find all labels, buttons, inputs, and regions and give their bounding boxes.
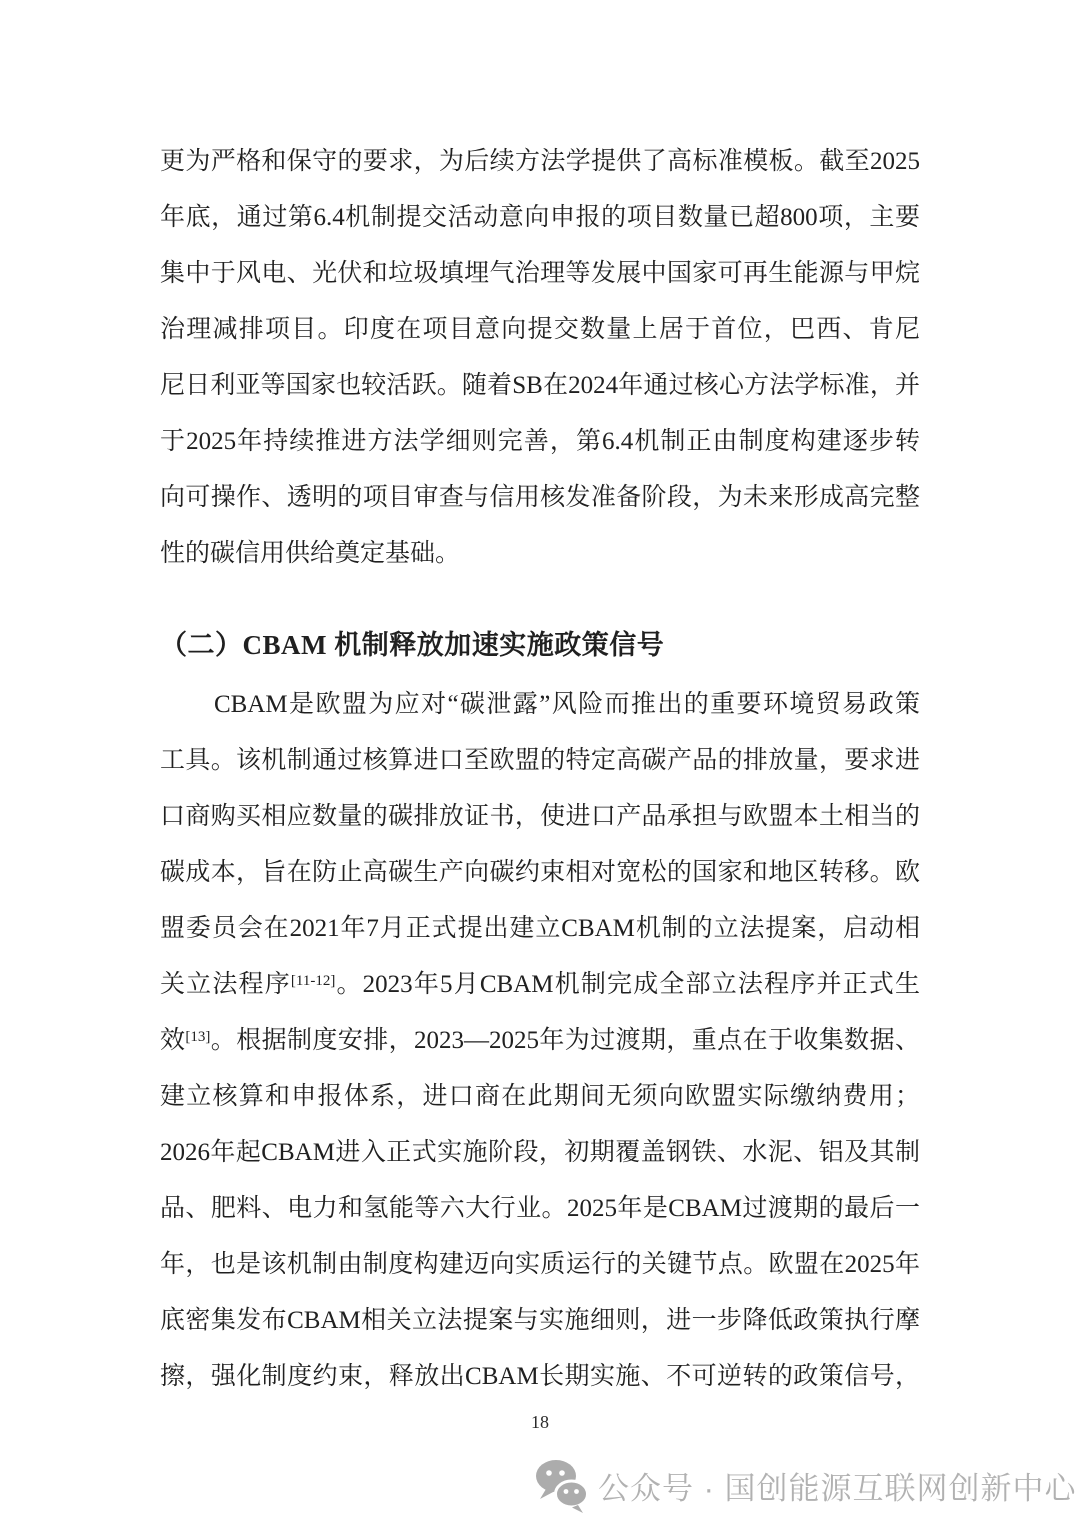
text-line: 尼日利亚等国家也较活跃。随着SB在2024年通过核心方法学标准，并 (160, 358, 920, 414)
text-line: 2026年起CBAM进入正式实施阶段，初期覆盖钢铁、水泥、铝及其制 (160, 1125, 920, 1181)
page-number: 18 (0, 1412, 1080, 1433)
document-page: 更为严格和保守的要求，为后续方法学提供了高标准模板。截至2025 年底，通过第6… (0, 0, 1080, 1527)
document-body: 更为严格和保守的要求，为后续方法学提供了高标准模板。截至2025 年底，通过第6… (160, 134, 920, 1405)
text-line: 碳成本，旨在防止高碳生产向碳约束相对宽松的国家和地区转移。欧 (160, 845, 920, 901)
text-line: CBAM是欧盟为应对“碳泄露”风险而推出的重要环境贸易政策 (160, 677, 920, 733)
text-line-with-citation: 效[13]。根据制度安排，2023—2025年为过渡期，重点在于收集数据、 (160, 1013, 920, 1069)
wechat-watermark: 公众号 · 国创能源互联网创新中心 (535, 1457, 1077, 1513)
text-line: 口商购买相应数量的碳排放证书，使进口产品承担与欧盟本土相当的 (160, 789, 920, 845)
text-line: 集中于风电、光伏和垃圾填埋气治理等发展中国家可再生能源与甲烷 (160, 246, 920, 302)
text-line: 工具。该机制通过核算进口至欧盟的特定高碳产品的排放量，要求进 (160, 733, 920, 789)
text-line: 年底，通过第6.4机制提交活动意向申报的项目数量已超800项，主要 (160, 190, 920, 246)
paragraph-cbam: CBAM是欧盟为应对“碳泄露”风险而推出的重要环境贸易政策 工具。该机制通过核算… (160, 677, 920, 1405)
text-segment: 。2023年5月CBAM机制完成全部立法程序并正式生 (335, 971, 920, 998)
text-line: 擦，强化制度约束，释放出CBAM长期实施、不可逆转的政策信号， (160, 1349, 920, 1405)
text-line: 治理减排项目。印度在项目意向提交数量上居于首位，巴西、肯尼亚、 (160, 302, 920, 358)
text-line: 性的碳信用供给奠定基础。 (160, 526, 920, 582)
watermark-text: 公众号 · 国创能源互联网创新中心 (598, 1463, 1077, 1508)
text-segment: 。根据制度安排，2023—2025年为过渡期，重点在于收集数据、 (210, 1027, 920, 1054)
wechat-icon (535, 1458, 589, 1513)
text-line: 底密集发布CBAM相关立法提案与实施细则，进一步降低政策执行摩 (160, 1293, 920, 1349)
text-line: 品、肥料、电力和氢能等六大行业。2025年是CBAM过渡期的最后一 (160, 1181, 920, 1237)
text-segment: 关立法程序 (160, 971, 291, 998)
text-line: 向可操作、透明的项目审查与信用核发准备阶段，为未来形成高完整 (160, 470, 920, 526)
text-line: 年，也是该机制由制度构建迈向实质运行的关键节点。欧盟在2025年 (160, 1237, 920, 1293)
text-line: 于2025年持续推进方法学细则完善，第6.4机制正由制度构建逐步转 (160, 414, 920, 470)
text-line: 盟委员会在2021年7月正式提出建立CBAM机制的立法提案，启动相 (160, 901, 920, 957)
text-line-with-citation: 关立法程序[11-12]。2023年5月CBAM机制完成全部立法程序并正式生 (160, 957, 920, 1013)
text-line: 建立核算和申报体系，进口商在此期间无须向欧盟实际缴纳费用； (160, 1069, 920, 1125)
text-line: 更为严格和保守的要求，为后续方法学提供了高标准模板。截至2025 (160, 134, 920, 190)
section-heading: （二）CBAM 机制释放加速实施政策信号 (160, 617, 920, 673)
text-segment: 效 (160, 1027, 185, 1054)
citation-superscript: [11-12] (291, 973, 335, 989)
citation-superscript: [13] (185, 1029, 210, 1045)
paragraph-continuation: 更为严格和保守的要求，为后续方法学提供了高标准模板。截至2025 年底，通过第6… (160, 134, 920, 582)
